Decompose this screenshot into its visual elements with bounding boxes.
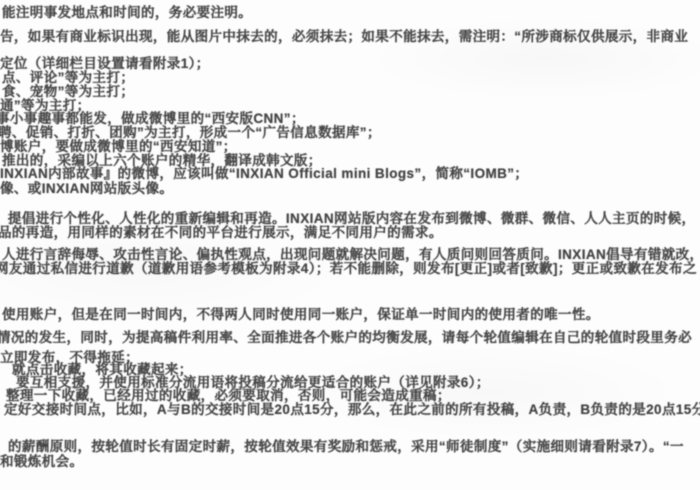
text-line: ，提倡进行个性化、人性化的重新编辑和再造。INXIAN网站版内容在发布到微博、微…	[0, 212, 695, 226]
text-line: 告，如果有商业标识出现，能从图片中抹去的，必须抹去；如果不能抹去，需注明：“所涉…	[0, 30, 688, 44]
text-line: 博账户，要做成微博里的“西安知道”；	[0, 140, 237, 154]
text-line: 点、评论”等为主打；	[2, 71, 134, 85]
text-line: 食、宠物”等为主打；	[2, 85, 134, 99]
text-line: 品的再造，用同样的素材在不同的平台进行展示，满足不同用户的需求。	[0, 226, 443, 240]
text-line: 使用账户，但是在同一时间内，不得两人同时使用同一账户，保证单一时间内的使用者的唯…	[2, 308, 600, 322]
text-line: 和锻炼机会。	[0, 455, 83, 469]
text-line: 的薪酬原则，按轮值时长有固定时薪，按轮值效果有奖励和惩戒，采用“师徒制度”（实施…	[8, 440, 684, 454]
text-line: 聘、促销、打折、团购”为主打，形成一个“广告信息数据库”；	[0, 126, 381, 140]
text-line: 人进行言辞侮辱、攻击性言论、偏执性观点，出现问题就解决问题，有人质问则回答质问。…	[2, 248, 700, 262]
text-line: 网友通过私信进行道歉（道歉用语参考模板为附录4）；若不能删除，则发布[更正]或者…	[0, 262, 697, 276]
document-page: 能注明事发地点和时间的，务必要注明。 告，如果有商业标识出现，能从图片中抹去的，…	[0, 0, 700, 490]
text-line: 事小事趣事都能发，做成微博里的“西安版CNN”；	[0, 112, 305, 126]
text-line: 情况的发生，同时，为提高稿件利用率、全面推进各个账户的均衡发展，请每个轮值编辑在…	[0, 331, 692, 345]
text-line: 定好交接时间点，比如，A与B的交接时间是20点15分，那么，在此之前的所有投稿，…	[4, 403, 700, 417]
text-line: 整理一下收藏，已经用过的收藏，必须要取消，否则，可能会造成重稿；	[6, 389, 451, 403]
text-line: 像、或INXIAN网站版头像。	[0, 182, 173, 196]
text-line: 定位（详细栏目设置请看附录1）；	[0, 57, 210, 71]
text-line: INXIAN内部故事』的微博，应该叫做“INXIAN Official mini…	[0, 167, 528, 181]
text-line: 能注明事发地点和时间的，务必要注明。	[2, 6, 252, 20]
